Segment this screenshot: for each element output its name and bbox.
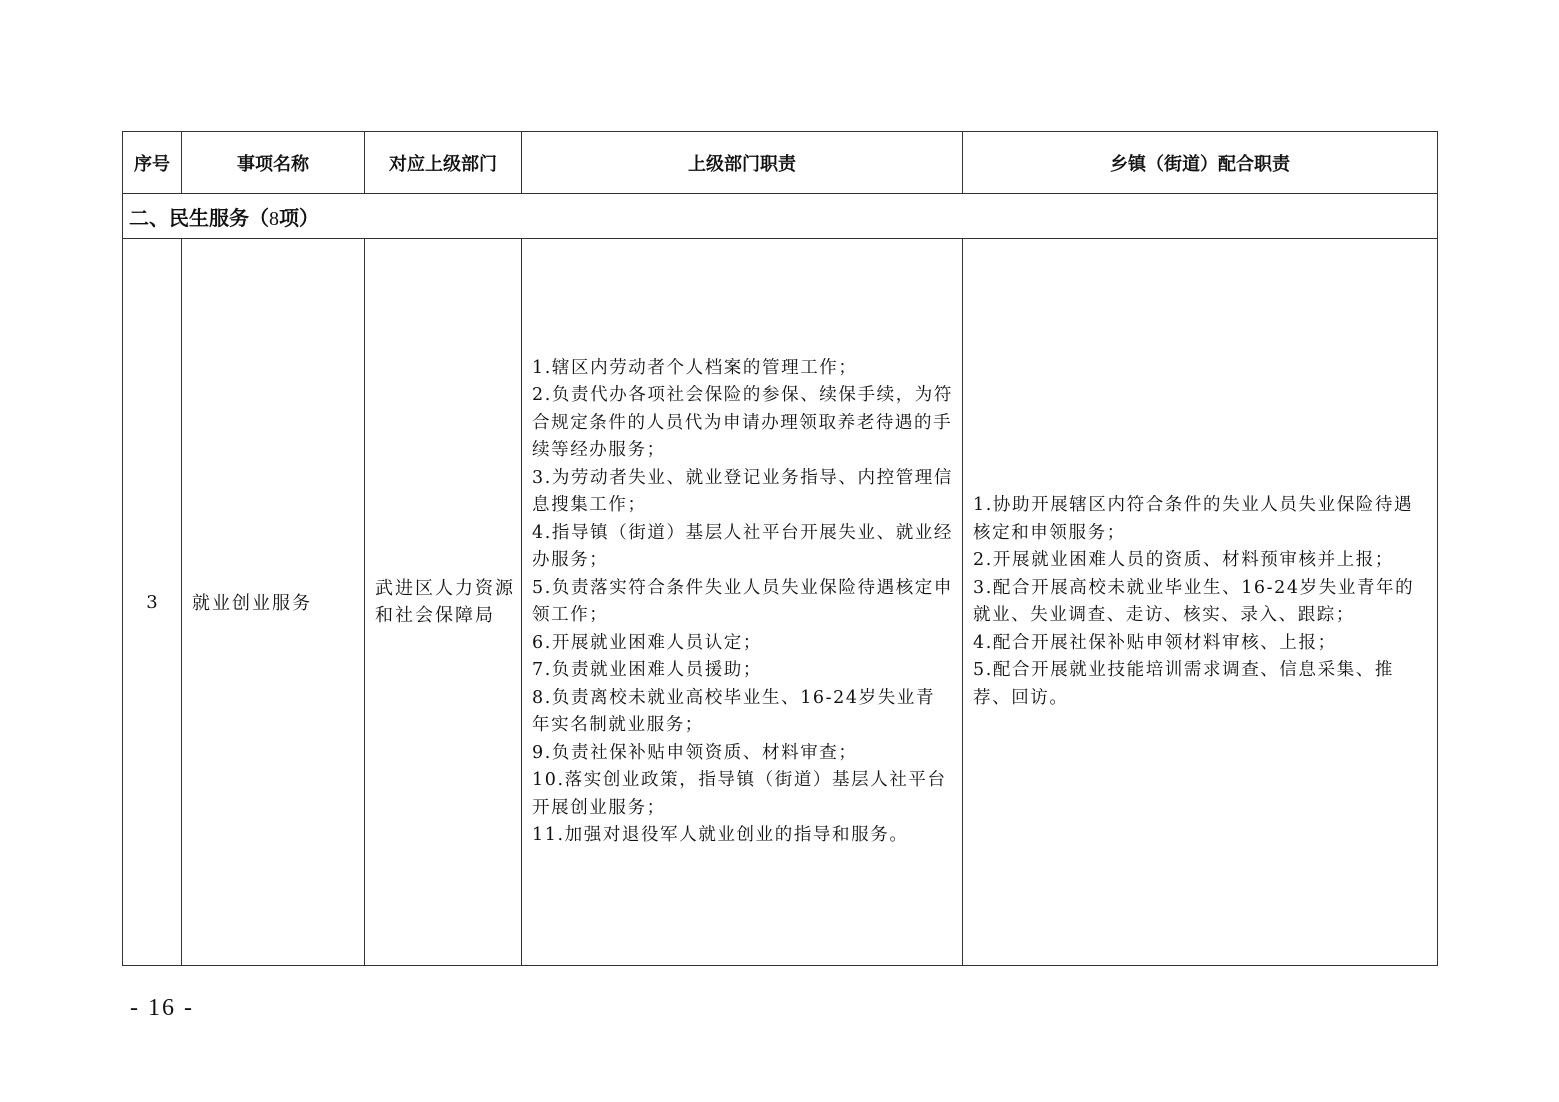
row-index: 3 [123, 239, 182, 966]
duty-item: 3.为劳动者失业、就业登记业务指导、内控管理信息搜集工作； [532, 465, 954, 520]
duty-item: 3.配合开展高校未就业毕业生、16-24岁失业青年的就业、失业调查、走访、核实、… [973, 575, 1429, 630]
section-prefix: 二、民生服务（ [129, 206, 269, 230]
duty-item: 4.指导镇（街道）基层人社平台开展失业、就业经办服务； [532, 520, 954, 575]
duty-item: 5.负责落实符合条件失业人员失业保险待遇核定申领工作； [532, 575, 954, 630]
row-department: 武进区人力资源 和社会保障局 [365, 239, 522, 966]
header-index: 序号 [123, 132, 182, 194]
duty-item: 4.配合开展社保补贴申领材料审核、上报； [973, 630, 1429, 658]
duty-item: 11.加强对退役军人就业创业的指导和服务。 [532, 822, 954, 850]
row-town-duties: 1.协助开展辖区内符合条件的失业人员失业保险待遇核定和申领服务； 2.开展就业困… [963, 239, 1438, 966]
duty-item: 5.配合开展就业技能培训需求调查、信息采集、推荐、回访。 [973, 657, 1429, 712]
duty-item: 6.开展就业困难人员认定； [532, 630, 954, 658]
department-line: 和社会保障局 [375, 602, 521, 629]
department-line: 武进区人力资源 [375, 575, 521, 602]
section-suffix: 项） [279, 206, 319, 230]
duty-item: 2.开展就业困难人员的资质、材料预审核并上报； [973, 547, 1429, 575]
duty-item: 9.负责社保补贴申领资质、材料审查； [532, 740, 954, 768]
section-count: 8 [269, 208, 279, 230]
row-upper-duties: 1.辖区内劳动者个人档案的管理工作； 2.负责代办各项社会保险的参保、续保手续，… [522, 239, 963, 966]
row-item-name: 就业创业服务 [182, 239, 365, 966]
table-header-row: 序号 事项名称 对应上级部门 上级部门职责 乡镇（街道）配合职责 [123, 132, 1438, 194]
duty-item: 2.负责代办各项社会保险的参保、续保手续，为符合规定条件的人员代为申请办理领取养… [532, 382, 954, 465]
page-number: - 16 - [130, 995, 194, 1022]
duty-item: 1.协助开展辖区内符合条件的失业人员失业保险待遇核定和申领服务； [973, 492, 1429, 547]
duties-table: 序号 事项名称 对应上级部门 上级部门职责 乡镇（街道）配合职责 二、民生服务（… [122, 131, 1438, 966]
header-town-duties: 乡镇（街道）配合职责 [963, 132, 1438, 194]
header-upper-duties: 上级部门职责 [522, 132, 963, 194]
duty-item: 8.负责离校未就业高校毕业生、16-24岁失业青年实名制就业服务； [532, 685, 954, 740]
header-department: 对应上级部门 [365, 132, 522, 194]
table-row: 3 就业创业服务 武进区人力资源 和社会保障局 1.辖区内劳动者个人档案的管理工… [123, 239, 1438, 966]
section-row: 二、民生服务（8项） [123, 194, 1438, 239]
duty-item: 7.负责就业困难人员援助； [532, 657, 954, 685]
section-title: 二、民生服务（8项） [123, 194, 1438, 239]
duty-item: 1.辖区内劳动者个人档案的管理工作； [532, 355, 954, 383]
header-item-name: 事项名称 [182, 132, 365, 194]
duty-item: 10.落实创业政策，指导镇（街道）基层人社平台开展创业服务； [532, 767, 954, 822]
